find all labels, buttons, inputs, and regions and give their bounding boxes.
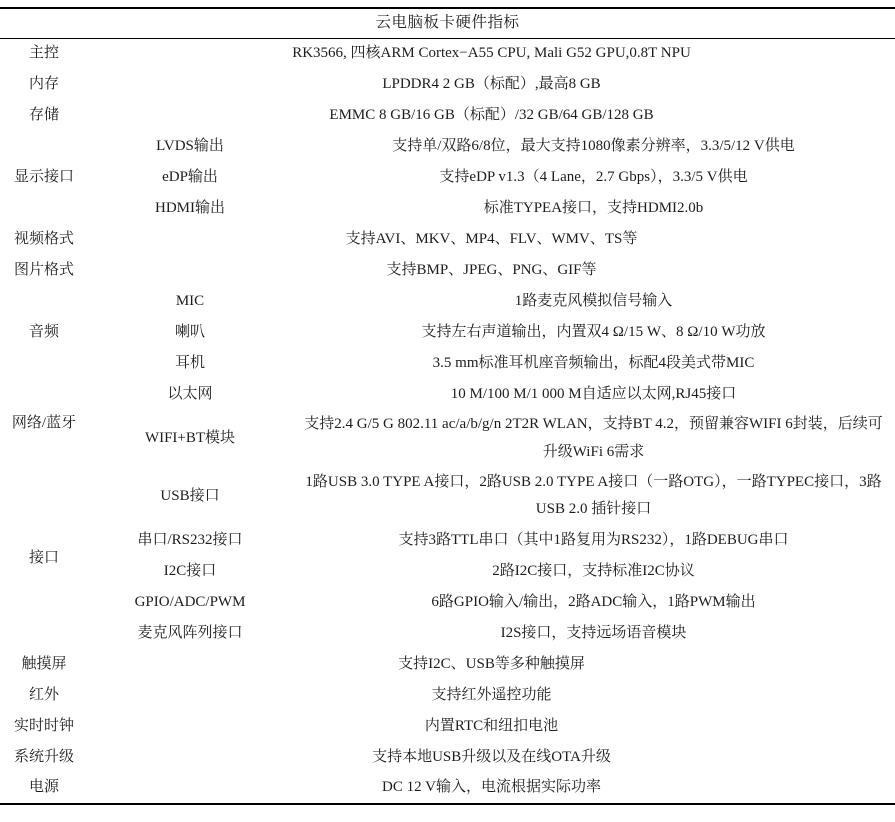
- table-row: 显示接口 LVDS输出 支持单/双路6/8位，最大支持1080像素分辨率，3.3…: [0, 131, 895, 162]
- table-row: 系统升级 支持本地USB升级以及在线OTA升级: [0, 742, 895, 773]
- spec-table-container: 云电脑板卡硬件指标 主控 RK3566, 四核ARM Cortex−A55 CP…: [0, 0, 895, 805]
- hardware-spec-table: 云电脑板卡硬件指标 主控 RK3566, 四核ARM Cortex−A55 CP…: [0, 7, 895, 805]
- table-row: eDP输出 支持eDP v1.3（4 Lane，2.7 Gbps），3.3/5 …: [0, 162, 895, 193]
- table-row: 麦克风阵列接口 I2S接口，支持远场语音模块: [0, 618, 895, 649]
- value-cell: 10 M/100 M/1 000 M自适应以太网,RJ45接口: [292, 379, 895, 410]
- category-cell: 图片格式: [0, 255, 88, 286]
- category-cell: 存储: [0, 100, 88, 131]
- value-cell: 支持3路TTL串口（其中1路复用为RS232），1路DEBUG串口: [292, 525, 895, 556]
- subcategory-cell: I2C接口: [88, 556, 292, 587]
- category-cell: 电源: [0, 773, 88, 804]
- subcategory-cell: 以太网: [88, 379, 292, 410]
- category-cell: 红外: [0, 680, 88, 711]
- table-row: WIFI+BT模块 支持2.4 G/5 G 802.11 ac/a/b/g/n …: [0, 410, 895, 468]
- table-row: GPIO/ADC/PWM 6路GPIO输入/输出，2路ADC输入，1路PWM输出: [0, 587, 895, 618]
- value-cell: 3.5 mm标准耳机座音频输出，标配4段美式带MIC: [292, 348, 895, 379]
- table-row: 喇叭 支持左右声道输出，内置双4 Ω/15 W、8 Ω/10 W功放: [0, 317, 895, 348]
- subcategory-cell: eDP输出: [88, 162, 292, 193]
- value-cell: 支持单/双路6/8位，最大支持1080像素分辨率，3.3/5/12 V供电: [292, 131, 895, 162]
- table-row: HDMI输出 标准TYPEA接口，支持HDMI2.0b: [0, 193, 895, 224]
- value-cell: 支持BMP、JPEG、PNG、GIF等: [88, 255, 895, 286]
- value-cell: 支持红外遥控功能: [88, 680, 895, 711]
- table-title: 云电脑板卡硬件指标: [0, 8, 895, 38]
- table-row: 红外 支持红外遥控功能: [0, 680, 895, 711]
- table-title-row: 云电脑板卡硬件指标: [0, 8, 895, 38]
- table-row: I2C接口 2路I2C接口，支持标准I2C协议: [0, 556, 895, 587]
- category-cell: 接口: [0, 468, 88, 650]
- value-cell: EMMC 8 GB/16 GB（标配）/32 GB/64 GB/128 GB: [88, 100, 895, 131]
- category-cell: 系统升级: [0, 742, 88, 773]
- value-cell: 支持eDP v1.3（4 Lane，2.7 Gbps），3.3/5 V供电: [292, 162, 895, 193]
- value-cell: RK3566, 四核ARM Cortex−A55 CPU, Mali G52 G…: [88, 38, 895, 69]
- subcategory-cell: WIFI+BT模块: [88, 410, 292, 468]
- table-row: 内存 LPDDR4 2 GB（标配）,最高8 GB: [0, 69, 895, 100]
- subcategory-cell: USB接口: [88, 468, 292, 526]
- subcategory-cell: HDMI输出: [88, 193, 292, 224]
- category-cell: 音频: [0, 286, 88, 379]
- subcategory-cell: 喇叭: [88, 317, 292, 348]
- table-row: 音频 MIC 1路麦克风模拟信号输入: [0, 286, 895, 317]
- category-cell: 实时时钟: [0, 711, 88, 742]
- value-cell: LPDDR4 2 GB（标配）,最高8 GB: [88, 69, 895, 100]
- value-cell: 支持I2C、USB等多种触摸屏: [88, 649, 895, 680]
- category-cell: 显示接口: [0, 131, 88, 224]
- table-row: 触摸屏 支持I2C、USB等多种触摸屏: [0, 649, 895, 680]
- value-cell: 支持左右声道输出，内置双4 Ω/15 W、8 Ω/10 W功放: [292, 317, 895, 348]
- value-cell: 支持本地USB升级以及在线OTA升级: [88, 742, 895, 773]
- subcategory-cell: MIC: [88, 286, 292, 317]
- table-row: 图片格式 支持BMP、JPEG、PNG、GIF等: [0, 255, 895, 286]
- table-row: 耳机 3.5 mm标准耳机座音频输出，标配4段美式带MIC: [0, 348, 895, 379]
- value-cell: 支持AVI、MKV、MP4、FLV、WMV、TS等: [88, 224, 895, 255]
- table-row: 视频格式 支持AVI、MKV、MP4、FLV、WMV、TS等: [0, 224, 895, 255]
- subcategory-cell: GPIO/ADC/PWM: [88, 587, 292, 618]
- table-row: 串口/RS232接口 支持3路TTL串口（其中1路复用为RS232），1路DEB…: [0, 525, 895, 556]
- subcategory-cell: LVDS输出: [88, 131, 292, 162]
- subcategory-cell: 耳机: [88, 348, 292, 379]
- value-cell: 1路USB 3.0 TYPE A接口，2路USB 2.0 TYPE A接口（一路…: [292, 468, 895, 526]
- table-row: 存储 EMMC 8 GB/16 GB（标配）/32 GB/64 GB/128 G…: [0, 100, 895, 131]
- table-row: 实时时钟 内置RTC和纽扣电池: [0, 711, 895, 742]
- value-cell: DC 12 V输入，电流根据实际功率: [88, 773, 895, 804]
- table-row: 电源 DC 12 V输入，电流根据实际功率: [0, 773, 895, 804]
- value-cell: 6路GPIO输入/输出，2路ADC输入，1路PWM输出: [292, 587, 895, 618]
- category-cell: 主控: [0, 38, 88, 69]
- category-cell: 视频格式: [0, 224, 88, 255]
- category-cell: 内存: [0, 69, 88, 100]
- value-cell: 支持2.4 G/5 G 802.11 ac/a/b/g/n 2T2R WLAN，…: [292, 410, 895, 468]
- table-row: 网络/蓝牙 以太网 10 M/100 M/1 000 M自适应以太网,RJ45接…: [0, 379, 895, 410]
- value-cell: 内置RTC和纽扣电池: [88, 711, 895, 742]
- table-row: 主控 RK3566, 四核ARM Cortex−A55 CPU, Mali G5…: [0, 38, 895, 69]
- subcategory-cell: 麦克风阵列接口: [88, 618, 292, 649]
- subcategory-cell: 串口/RS232接口: [88, 525, 292, 556]
- category-cell: 网络/蓝牙: [0, 379, 88, 468]
- value-cell: I2S接口，支持远场语音模块: [292, 618, 895, 649]
- table-row: 接口 USB接口 1路USB 3.0 TYPE A接口，2路USB 2.0 TY…: [0, 468, 895, 526]
- value-cell: 标准TYPEA接口，支持HDMI2.0b: [292, 193, 895, 224]
- category-cell: 触摸屏: [0, 649, 88, 680]
- value-cell: 1路麦克风模拟信号输入: [292, 286, 895, 317]
- value-cell: 2路I2C接口，支持标准I2C协议: [292, 556, 895, 587]
